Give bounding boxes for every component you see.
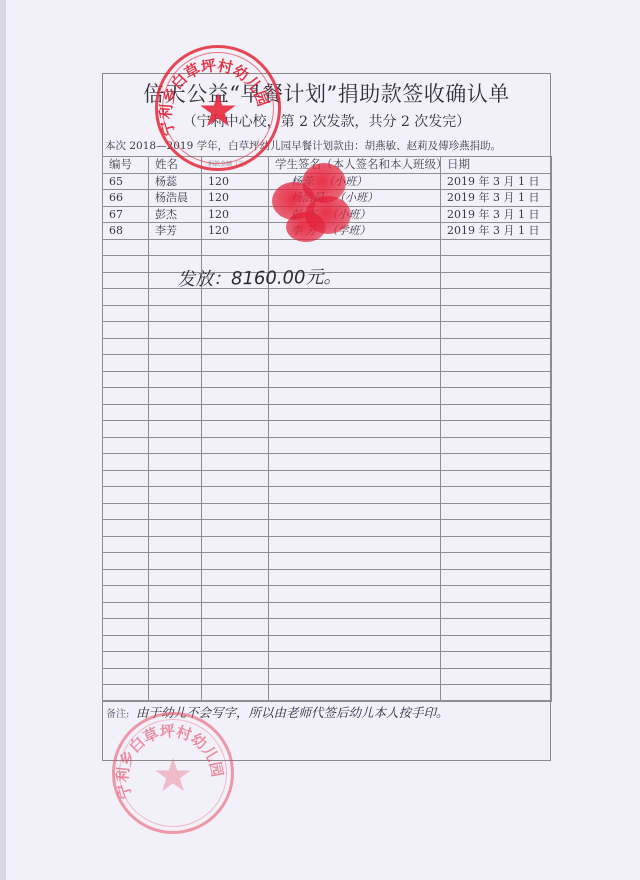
row-name: 彭杰 [149, 206, 202, 223]
empty-cell [103, 421, 149, 438]
empty-cell [149, 371, 202, 388]
empty-cell [149, 454, 202, 471]
empty-cell [149, 322, 202, 339]
row-number: 65 [103, 173, 149, 190]
empty-cell [202, 322, 269, 339]
row-date: 2019 年 3 月 1 日 [441, 190, 552, 207]
empty-cell [103, 668, 149, 685]
empty-cell [269, 404, 441, 421]
empty-cell [149, 520, 202, 537]
empty-cell [202, 437, 269, 454]
empty-cell [149, 536, 202, 553]
empty-cell [269, 635, 441, 652]
empty-cell [269, 685, 441, 702]
empty-cell [269, 338, 441, 355]
empty-cell [202, 602, 269, 619]
empty-cell [202, 305, 269, 322]
empty-cell [103, 404, 149, 421]
empty-cell [269, 289, 441, 306]
empty-cell [103, 520, 149, 537]
empty-cell [149, 470, 202, 487]
empty-row [103, 305, 552, 322]
empty-cell [269, 305, 441, 322]
empty-cell [103, 470, 149, 487]
empty-cell [149, 338, 202, 355]
row-amount: 120 [202, 223, 269, 240]
empty-cell [441, 553, 552, 570]
empty-cell [441, 487, 552, 504]
col-header-date: 日期 [441, 157, 552, 174]
empty-row [103, 355, 552, 372]
empty-row [103, 239, 552, 256]
thumbprint [286, 212, 326, 242]
empty-cell [149, 421, 202, 438]
empty-row [103, 569, 552, 586]
empty-cell [202, 388, 269, 405]
empty-cell [441, 256, 552, 273]
empty-cell [149, 239, 202, 256]
empty-cell [149, 619, 202, 636]
empty-cell [441, 272, 552, 289]
empty-cell [269, 520, 441, 537]
signature-table: 编号 姓名 捐款金额（元） 学生签名（本人签名和本人班级） 日期 65 杨蕊 1… [102, 156, 552, 702]
empty-cell [441, 338, 552, 355]
col-header-number: 编号 [103, 157, 149, 174]
empty-cell [269, 553, 441, 570]
empty-cell [269, 239, 441, 256]
empty-cell [149, 652, 202, 669]
empty-row [103, 388, 552, 405]
handwritten-total: 发放：8160.00元。 [177, 263, 342, 292]
empty-cell [269, 602, 441, 619]
empty-row [103, 404, 552, 421]
empty-cell [149, 602, 202, 619]
empty-cell [441, 635, 552, 652]
empty-cell [269, 652, 441, 669]
empty-cell [441, 569, 552, 586]
empty-row [103, 652, 552, 669]
empty-cell [441, 388, 552, 405]
empty-cell [103, 272, 149, 289]
empty-cell [103, 239, 149, 256]
official-seal-top: ★ 宁利乡白草坪村幼儿园 [155, 45, 281, 171]
empty-row [103, 602, 552, 619]
empty-cell [103, 635, 149, 652]
empty-cell [441, 470, 552, 487]
empty-cell [441, 668, 552, 685]
empty-cell [202, 652, 269, 669]
empty-cell [202, 454, 269, 471]
empty-cell [103, 536, 149, 553]
empty-cell [149, 668, 202, 685]
empty-cell [269, 503, 441, 520]
empty-cell [103, 586, 149, 603]
empty-cell [269, 619, 441, 636]
empty-row [103, 685, 552, 702]
empty-cell [202, 668, 269, 685]
empty-cell [269, 586, 441, 603]
empty-cell [103, 487, 149, 504]
row-amount: 120 [202, 206, 269, 223]
empty-cell [269, 454, 441, 471]
empty-cell [149, 635, 202, 652]
empty-cell [441, 602, 552, 619]
empty-cell [202, 503, 269, 520]
empty-cell [149, 553, 202, 570]
empty-cell [202, 404, 269, 421]
empty-cell [202, 586, 269, 603]
empty-cell [269, 668, 441, 685]
empty-cell [149, 569, 202, 586]
row-date: 2019 年 3 月 1 日 [441, 173, 552, 190]
svg-text:宁利乡白草坪村幼儿园: 宁利乡白草坪村幼儿园 [113, 722, 226, 801]
row-amount: 120 [202, 173, 269, 190]
empty-cell [441, 289, 552, 306]
empty-cell [103, 338, 149, 355]
empty-row [103, 470, 552, 487]
empty-cell [202, 619, 269, 636]
empty-cell [441, 239, 552, 256]
empty-row [103, 553, 552, 570]
empty-cell [269, 437, 441, 454]
empty-cell [103, 454, 149, 471]
empty-cell [103, 355, 149, 372]
row-name: 杨浩晨 [149, 190, 202, 207]
empty-cell [441, 305, 552, 322]
empty-cell [202, 470, 269, 487]
empty-cell [441, 454, 552, 471]
empty-cell [441, 322, 552, 339]
empty-cell [149, 487, 202, 504]
row-number: 67 [103, 206, 149, 223]
empty-row [103, 520, 552, 537]
empty-cell [269, 536, 441, 553]
row-name: 李芳 [149, 223, 202, 240]
empty-cell [103, 619, 149, 636]
col-header-signature: 学生签名（本人签名和本人班级） [269, 157, 441, 174]
seal-text: 宁利乡白草坪村幼儿园 [112, 712, 228, 828]
empty-cell [441, 536, 552, 553]
row-date: 2019 年 3 月 1 日 [441, 223, 552, 240]
empty-cell [269, 322, 441, 339]
empty-cell [441, 586, 552, 603]
empty-cell [441, 371, 552, 388]
empty-row [103, 437, 552, 454]
empty-row [103, 487, 552, 504]
empty-cell [103, 503, 149, 520]
empty-cell [103, 289, 149, 306]
empty-row [103, 536, 552, 553]
row-date: 2019 年 3 月 1 日 [441, 206, 552, 223]
empty-cell [441, 652, 552, 669]
empty-cell [149, 685, 202, 702]
empty-cell [441, 685, 552, 702]
empty-cell [269, 421, 441, 438]
empty-cell [441, 520, 552, 537]
empty-cell [269, 487, 441, 504]
empty-cell [202, 520, 269, 537]
empty-cell [103, 553, 149, 570]
empty-row [103, 635, 552, 652]
empty-cell [202, 487, 269, 504]
empty-cell [269, 371, 441, 388]
empty-row [103, 289, 552, 306]
empty-cell [149, 305, 202, 322]
empty-cell [441, 619, 552, 636]
empty-cell [202, 239, 269, 256]
empty-row [103, 421, 552, 438]
empty-cell [441, 355, 552, 372]
empty-cell [103, 388, 149, 405]
svg-text:宁利乡白草坪村幼儿园: 宁利乡白草坪村幼儿园 [157, 56, 273, 137]
row-name: 杨蕊 [149, 173, 202, 190]
empty-cell [202, 536, 269, 553]
empty-cell [149, 404, 202, 421]
empty-cell [269, 388, 441, 405]
empty-cell [103, 256, 149, 273]
empty-cell [103, 437, 149, 454]
empty-cell [149, 388, 202, 405]
empty-row [103, 322, 552, 339]
empty-cell [202, 685, 269, 702]
empty-cell [103, 652, 149, 669]
empty-cell [441, 404, 552, 421]
seal-text: 宁利乡白草坪村幼儿园 [155, 45, 275, 165]
scan-edge [0, 0, 6, 880]
empty-cell [202, 421, 269, 438]
row-number: 66 [103, 190, 149, 207]
empty-cell [149, 355, 202, 372]
empty-cell [202, 355, 269, 372]
empty-cell [269, 355, 441, 372]
empty-cell [441, 421, 552, 438]
empty-cell [269, 569, 441, 586]
empty-cell [149, 586, 202, 603]
empty-row [103, 619, 552, 636]
empty-cell [202, 553, 269, 570]
empty-row [103, 454, 552, 471]
empty-row [103, 668, 552, 685]
empty-cell [202, 569, 269, 586]
empty-cell [103, 322, 149, 339]
official-seal-bottom: ★ 宁利乡白草坪村幼儿园 [112, 712, 234, 834]
empty-cell [202, 635, 269, 652]
empty-cell [441, 503, 552, 520]
empty-cell [202, 289, 269, 306]
empty-cell [202, 371, 269, 388]
empty-cell [103, 685, 149, 702]
empty-cell [103, 305, 149, 322]
empty-row [103, 338, 552, 355]
empty-cell [103, 371, 149, 388]
empty-row [103, 371, 552, 388]
empty-row [103, 503, 552, 520]
empty-cell [149, 437, 202, 454]
empty-cell [149, 503, 202, 520]
empty-cell [103, 569, 149, 586]
empty-cell [269, 470, 441, 487]
empty-cell [103, 602, 149, 619]
row-number: 68 [103, 223, 149, 240]
row-amount: 120 [202, 190, 269, 207]
empty-cell [202, 338, 269, 355]
empty-cell [441, 437, 552, 454]
empty-row [103, 586, 552, 603]
